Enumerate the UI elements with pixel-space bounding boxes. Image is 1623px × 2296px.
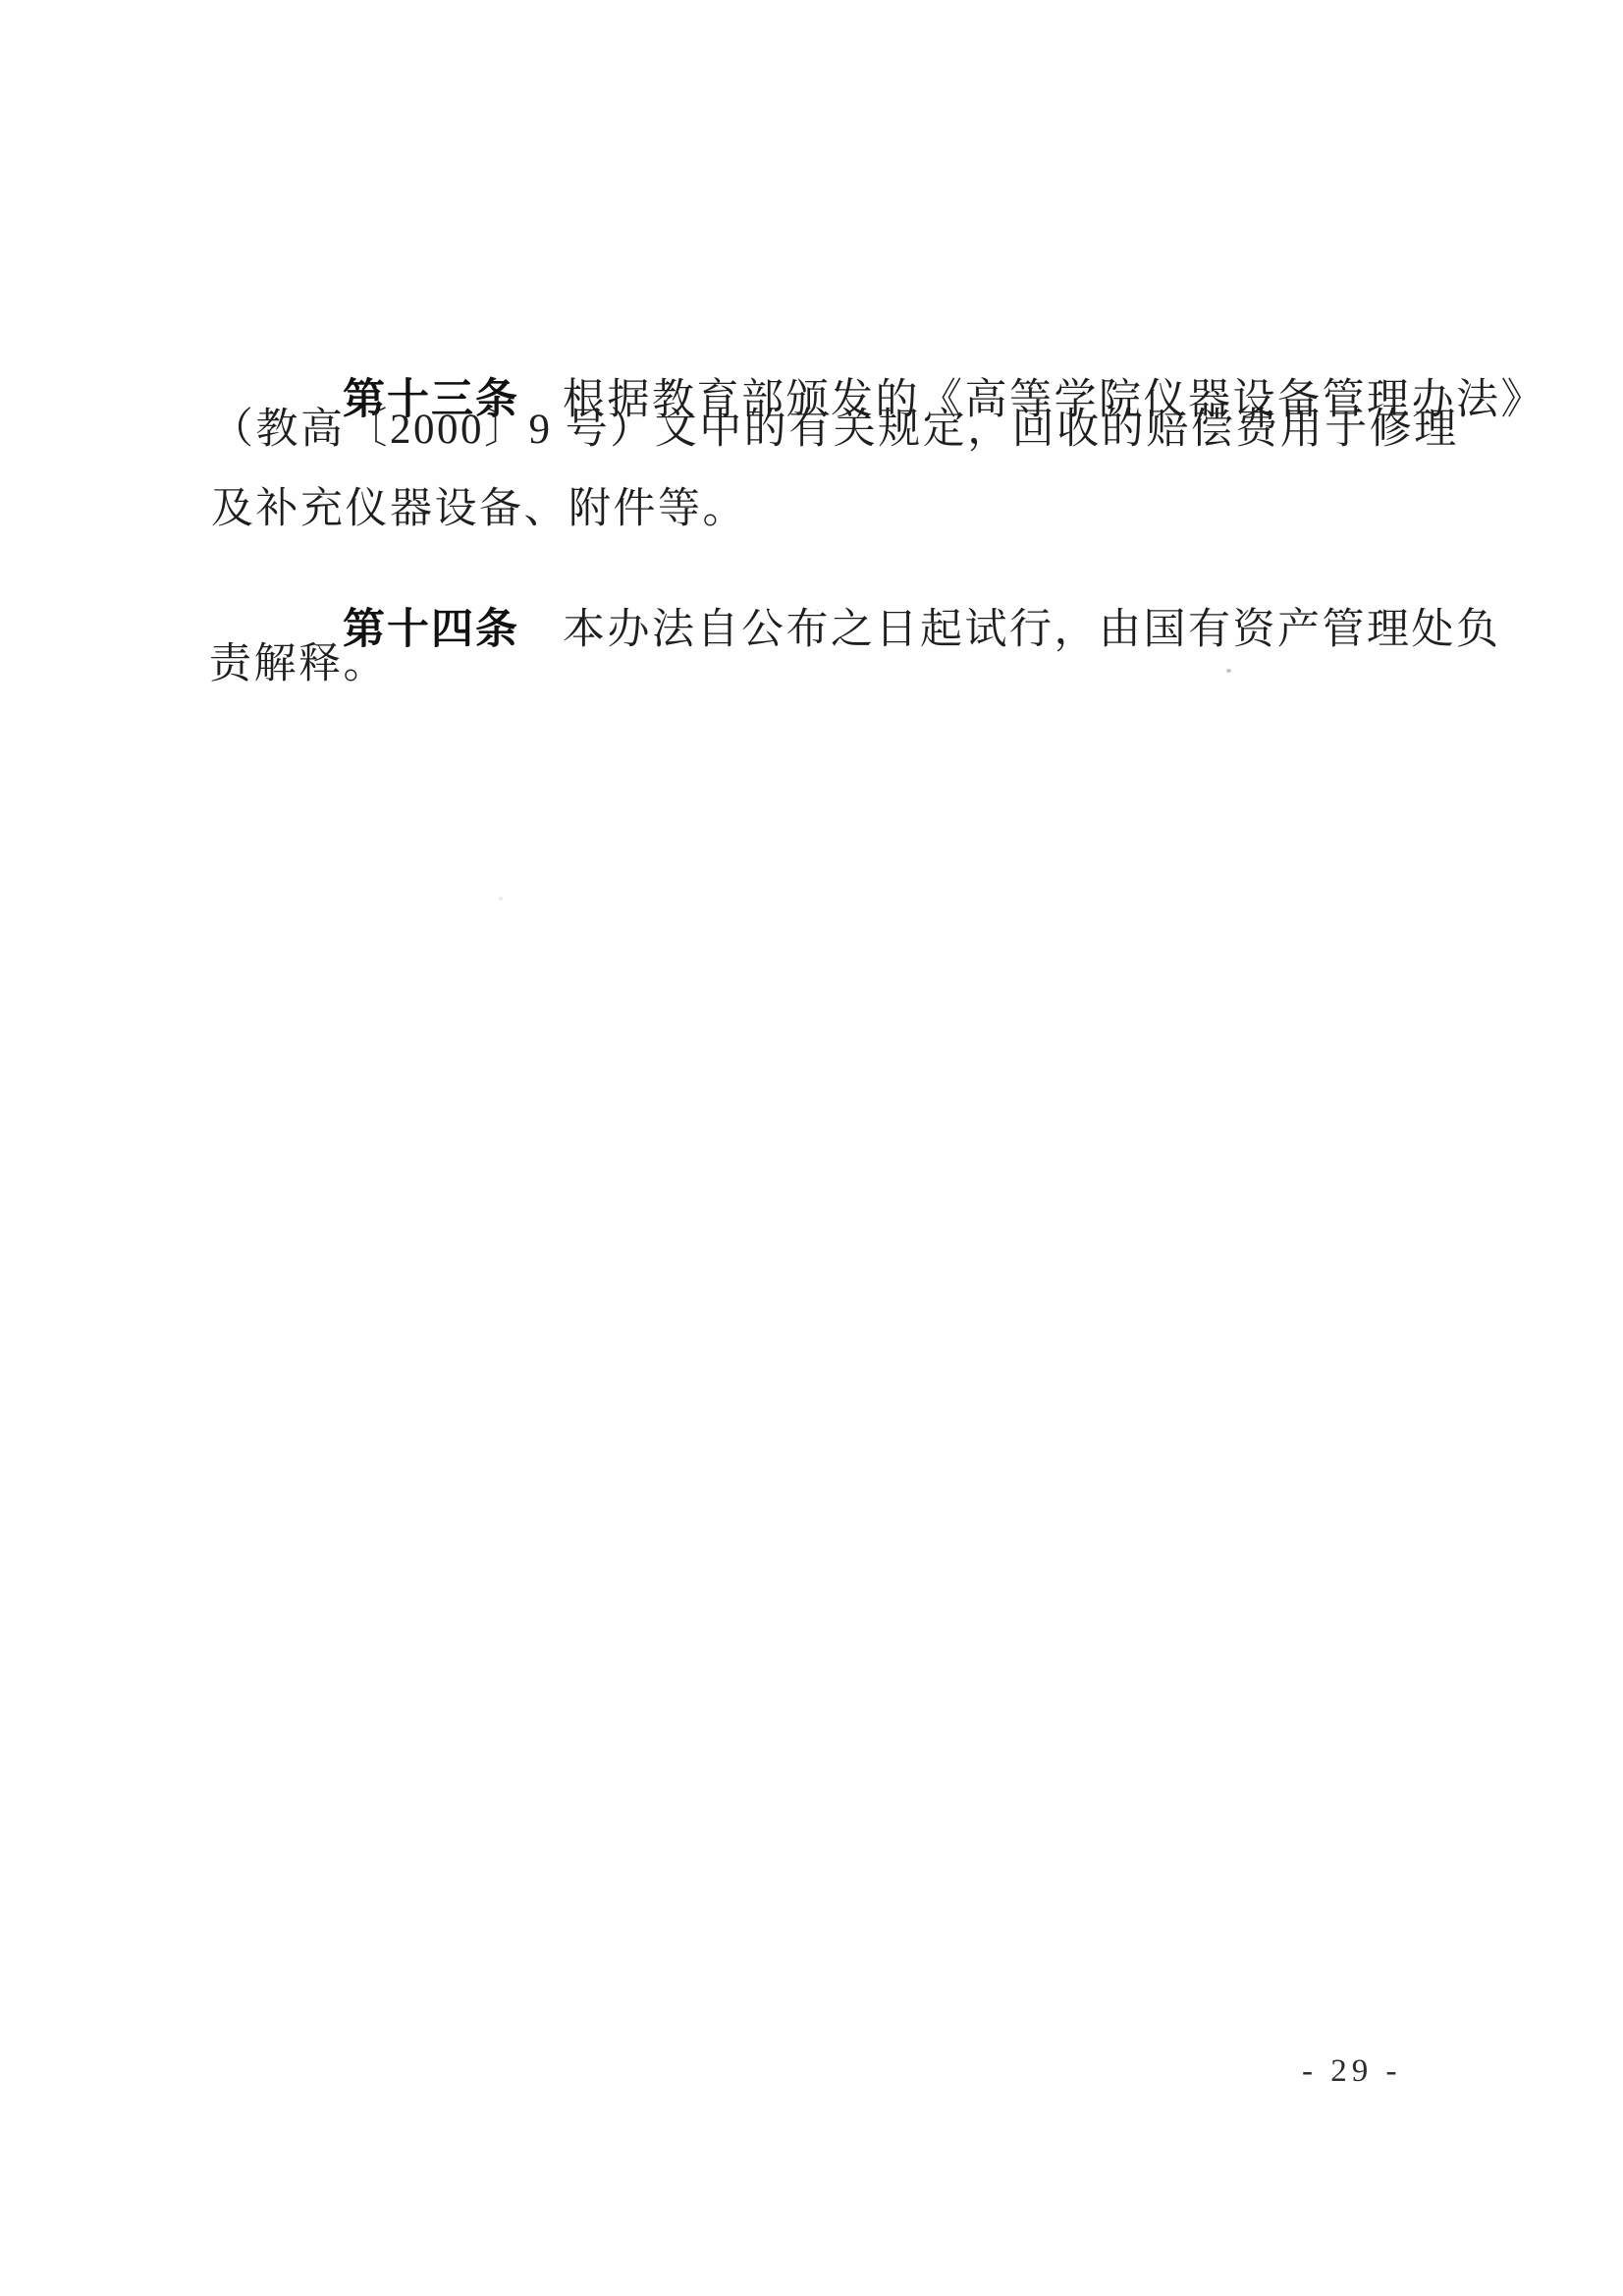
scan-speck	[499, 897, 503, 901]
scan-speck	[1226, 669, 1231, 673]
article-13-line-3: 及补充仪器设备、附件等。	[211, 488, 747, 530]
article-14-line-1-text: 本办法自公布之日起试行，由国有资产管理处负	[563, 607, 1501, 653]
scan-speck	[816, 609, 819, 612]
document-page: 第十三条根据教育部颁发的《高等学院仪器设备管理办法》 （教高〔2000〕9 号）…	[0, 0, 1623, 2296]
article-13-line-2: （教高〔2000〕9 号）文中的有关规定，回收的赔偿费用于修理	[211, 409, 1459, 451]
article-14-line-2: 责解释。	[209, 643, 388, 685]
page-number: - 29 -	[1302, 2053, 1401, 2090]
article-14-line-1: 第十四条本办法自公布之日起试行，由国有资产管理处负	[291, 567, 1501, 693]
